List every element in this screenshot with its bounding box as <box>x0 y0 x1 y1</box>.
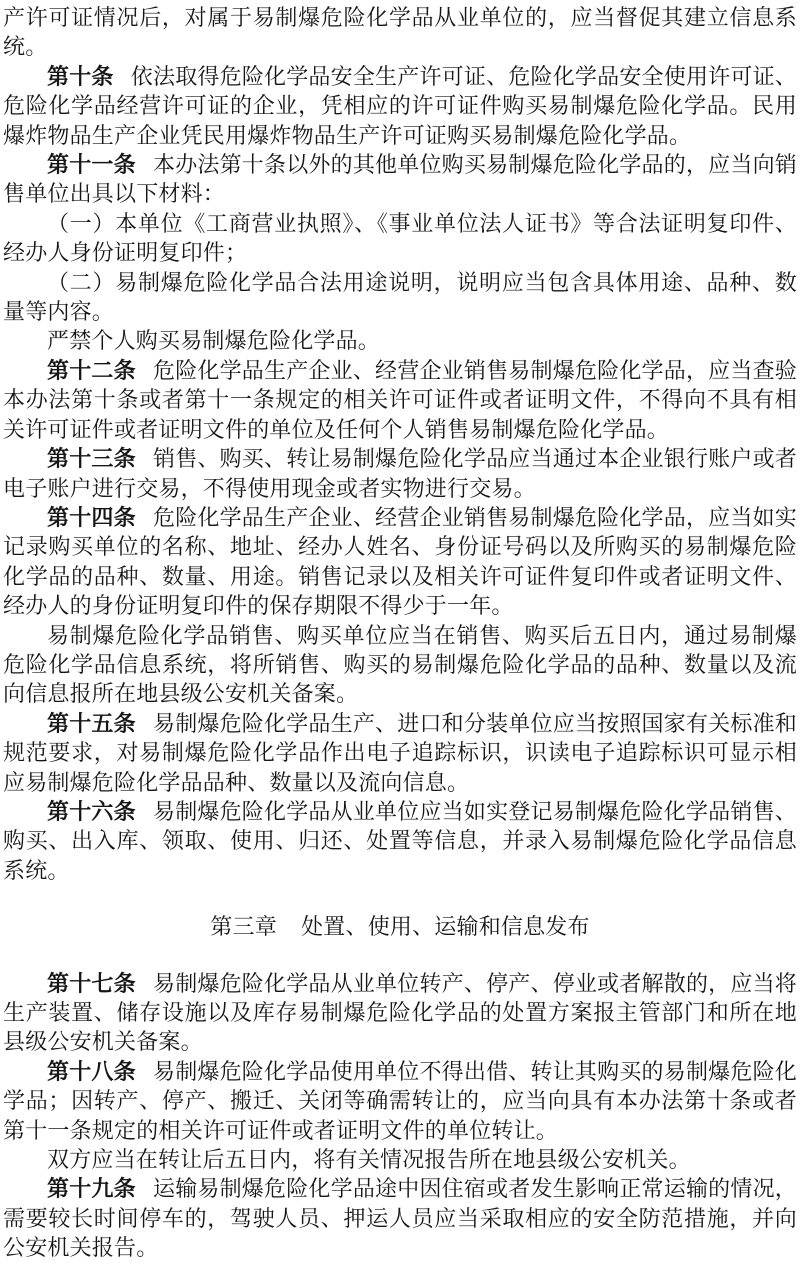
paragraph-text: 双方应当在转让后五日内，将有关情况报告所在地县级公安机关。 <box>47 1147 691 1172</box>
paragraph-text: 产许可证情况后，对属于易制爆危险化学品从业单位的，应当督促其建立信息系统。 <box>3 5 797 59</box>
paragraph: 第十二条危险化学品生产企业、经营企业销售易制爆危险化学品，应当查验本办法第十条或… <box>3 356 797 444</box>
chapter-title: 处置、使用、运输和信息发布 <box>301 914 590 939</box>
paragraph: 第十六条易制爆危险化学品从业单位应当如实登记易制爆危险化学品销售、购买、出入库、… <box>3 797 797 885</box>
paragraph-text: 易制爆危险化学品销售、购买单位应当在销售、购买后五日内，通过易制爆危险化学品信息… <box>3 623 797 707</box>
article-number: 第十四条 <box>47 505 136 530</box>
article-number: 第十二条 <box>47 358 136 383</box>
paragraph: 第十八条易制爆危险化学品使用单位不得出借、转让其购买的易制爆危险化学品；因转产、… <box>3 1057 797 1145</box>
article-number: 第十八条 <box>47 1059 136 1084</box>
paragraph: 第十三条销售、购买、转让易制爆危险化学品应当通过本企业银行账户或者电子账户进行交… <box>3 444 797 503</box>
article-number: 第十五条 <box>47 711 136 736</box>
article-number: 第十一条 <box>47 152 136 177</box>
paragraph: 第十五条易制爆危险化学品生产、进口和分装单位应当按照国家有关标准和规范要求，对易… <box>3 709 797 797</box>
paragraph: 第十条依法取得危险化学品安全生产许可证、危险化学品安全使用许可证、危险化学品经营… <box>3 62 797 150</box>
paragraph: 产许可证情况后，对属于易制爆危险化学品从业单位的，应当督促其建立信息系统。 <box>3 3 797 62</box>
paragraph: 严禁个人购买易制爆危险化学品。 <box>3 326 797 355</box>
document-body: 产许可证情况后，对属于易制爆危险化学品从业单位的，应当督促其建立信息系统。第十条… <box>3 3 797 1263</box>
paragraph-text: 依法取得危险化学品安全生产许可证、危险化学品安全使用许可证、危险化学品经营许可证… <box>3 64 797 148</box>
paragraph: 第十一条本办法第十条以外的其他单位购买易制爆危险化学品的，应当向销售单位出具以下… <box>3 150 797 209</box>
article-number: 第十九条 <box>47 1176 136 1201</box>
paragraph: 第十四条危险化学品生产企业、经营企业销售易制爆危险化学品，应当如实记录购买单位的… <box>3 503 797 621</box>
article-number: 第十条 <box>47 64 114 89</box>
paragraph: 易制爆危险化学品销售、购买单位应当在销售、购买后五日内，通过易制爆危险化学品信息… <box>3 621 797 709</box>
chapter-heading: 第三章处置、使用、运输和信息发布 <box>3 912 797 941</box>
article-number: 第十六条 <box>47 799 136 824</box>
paragraph: （二）易制爆危险化学品合法用途说明，说明应当包含具体用途、品种、数量等内容。 <box>3 268 797 327</box>
paragraph-text: （一）本单位《工商营业执照》、《事业单位法人证书》等合法证明复印件、经办人身份证… <box>3 211 797 265</box>
paragraph-text: 严禁个人购买易制爆危险化学品。 <box>47 328 380 353</box>
paragraph: 第十九条运输易制爆危险化学品途中因住宿或者发生影响正常运输的情况，需要较长时间停… <box>3 1174 797 1262</box>
article-number: 第十七条 <box>47 971 136 996</box>
paragraph: 双方应当在转让后五日内，将有关情况报告所在地县级公安机关。 <box>3 1145 797 1174</box>
paragraph-text: （二）易制爆危险化学品合法用途说明，说明应当包含具体用途、品种、数量等内容。 <box>3 270 797 324</box>
article-number: 第十三条 <box>47 446 136 471</box>
paragraph: （一）本单位《工商营业执照》、《事业单位法人证书》等合法证明复印件、经办人身份证… <box>3 209 797 268</box>
paragraph: 第十七条易制爆危险化学品从业单位转产、停产、停业或者解散的，应当将生产装置、储存… <box>3 969 797 1057</box>
document-page: 产许可证情况后，对属于易制爆危险化学品从业单位的，应当督促其建立信息系统。第十条… <box>0 0 800 1287</box>
chapter-number: 第三章 <box>210 914 277 939</box>
